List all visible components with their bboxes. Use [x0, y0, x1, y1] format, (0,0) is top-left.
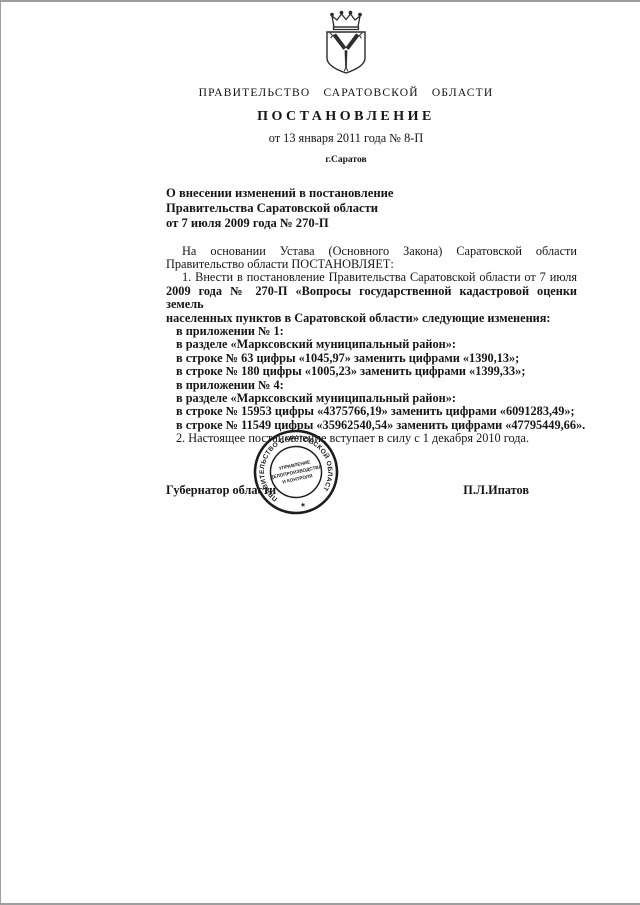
paragraph-item-2: 2. Настоящее постановление вступает в си… — [176, 432, 577, 445]
body-line: На основании Устава (Основного Закона) С… — [166, 245, 577, 258]
title-line-2: Правительства Саратовской области — [166, 201, 577, 216]
document-content: О внесении изменений в постановление Пра… — [166, 186, 577, 446]
document-type-heading: ПОСТАНОВЛЕНИЕ — [51, 109, 640, 124]
city-label: г.Саратов — [51, 155, 640, 165]
document-title: О внесении изменений в постановление Пра… — [166, 186, 577, 232]
amendment-line: в строке № 180 цифры «1005,23» заменить … — [176, 365, 577, 378]
amendment-line: в приложении № 4: — [176, 379, 577, 392]
signer-name: П.Л.Ипатов — [463, 483, 529, 497]
document-body: На основании Устава (Основного Закона) С… — [166, 245, 577, 446]
amendment-line: в разделе «Марксовский муниципальный рай… — [176, 392, 577, 405]
amendment-line: в разделе «Марксовский муниципальный рай… — [176, 338, 577, 351]
paragraph-item-1: 1. Внести в постановление Правительства … — [166, 271, 577, 325]
stamp-bottom-star: * — [300, 501, 306, 513]
org-name: ПРАВИТЕЛЬСТВО САРАТОВСКОЙ ОБЛАСТИ — [51, 87, 640, 100]
date-and-number-line: от 13 января 2011 года № 8-П — [51, 131, 640, 145]
amendments-list: в приложении № 1: в разделе «Марксовский… — [166, 325, 577, 432]
body-line: населенных пунктов в Саратовской области… — [166, 312, 577, 325]
scanned-document-page: ПРАВИТЕЛЬСТВО САРАТОВСКОЙ ОБЛАСТИ ПОСТАН… — [0, 0, 640, 905]
paragraph-preamble: На основании Устава (Основного Закона) С… — [166, 245, 577, 272]
stamp-center-line-1: УПРАВЛЕНИЕ — [278, 459, 310, 471]
document-header: ПРАВИТЕЛЬСТВО САРАТОВСКОЙ ОБЛАСТИ ПОСТАН… — [51, 10, 640, 165]
saratov-region-coat-of-arms-icon — [323, 10, 369, 74]
body-line: 1. Внести в постановление Правительства … — [166, 271, 577, 284]
crown-icon — [331, 11, 361, 29]
title-line-1: О внесении изменений в постановление — [166, 186, 577, 201]
amendment-line: в приложении № 1: — [176, 325, 577, 338]
stamp-center-line-2: ДЕЛОПРОИЗВОДСТВА — [270, 464, 323, 480]
signature-row: Губернатор области П.Л.Ипатов — [166, 483, 577, 497]
body-line: 2009 года № 270-П «Вопросы государственн… — [166, 285, 577, 312]
signer-position: Губернатор области — [166, 483, 276, 497]
body-line: Правительство области ПОСТАНОВЛЯЕТ: — [166, 258, 577, 271]
title-line-3: от 7 июля 2009 года № 270-П — [166, 216, 577, 231]
amendment-line: в строке № 63 цифры «1045,97» заменить ц… — [176, 352, 577, 365]
amendment-line: в строке № 11549 цифры «35962540,54» зам… — [176, 419, 577, 432]
amendment-line: в строке № 15953 цифры «4375766,19» заме… — [176, 405, 577, 418]
